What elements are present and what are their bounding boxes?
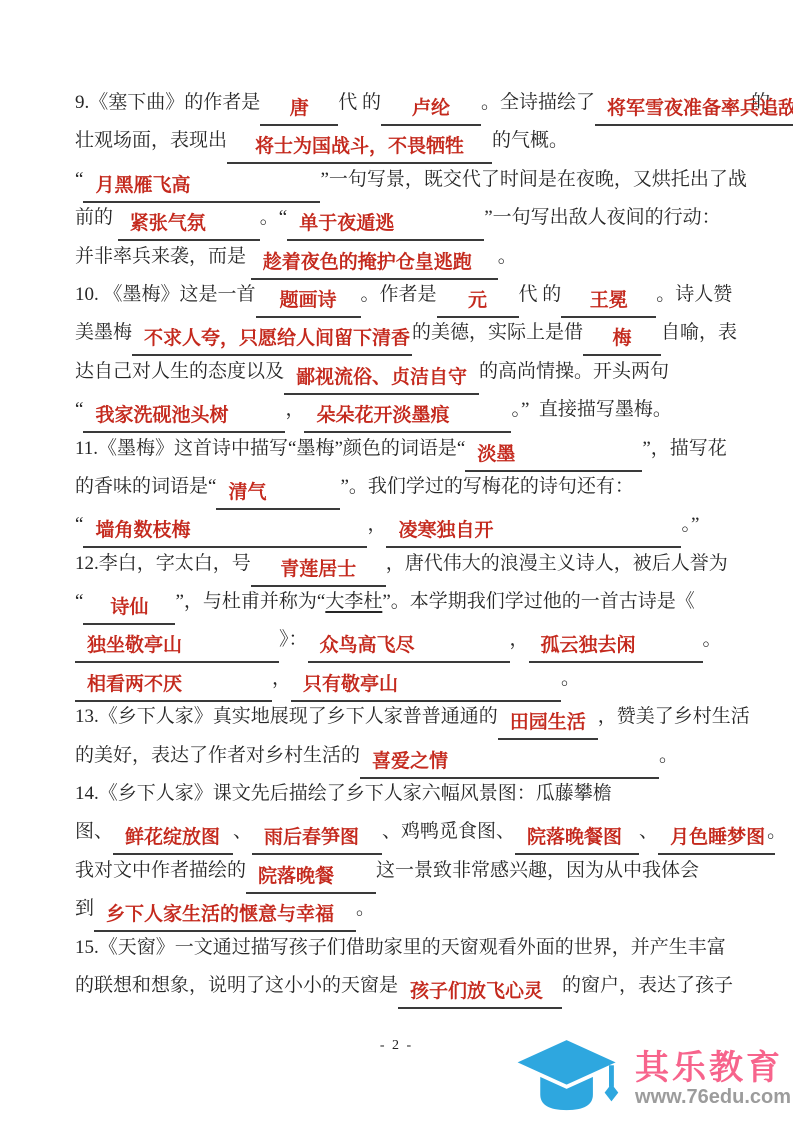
text-run: 并非率兵来袭，而是 xyxy=(75,246,251,267)
text-line: 独坐敬亭山》：众鸟高飞尽，孤云独去闲。 xyxy=(75,621,793,659)
text-run: “ xyxy=(75,514,83,535)
answer-blank: 院落晚餐图 xyxy=(515,823,639,855)
text-run: ， xyxy=(510,629,529,650)
text-run: ，唐代伟大的浪漫主义诗人，被后人誉为 xyxy=(386,553,728,574)
brand-url: www.76edu.com xyxy=(635,1087,791,1107)
text-run: 。 xyxy=(498,246,517,267)
text-run: 15.《天窗》一文通过描写孩子们借助家里的天窗观看外面的世界，并产生丰富 xyxy=(75,937,726,958)
text-run: ”一句写出敌人夜间的行动： xyxy=(484,207,720,228)
text-run: 、 xyxy=(639,821,658,842)
text-line: 11.《墨梅》这首诗中描写“墨梅”颜色的词语是“淡墨”，描写花 xyxy=(75,430,793,468)
answer-blank: 只有敬亭山 xyxy=(291,670,561,702)
text-run: 的窗户，表达了孩子 xyxy=(562,975,733,996)
text-run: 。作者是 xyxy=(361,284,437,305)
worksheet-item: 12.李白，字太白，号青莲居士，唐代伟大的浪漫主义诗人，被后人誉为“诗仙”，与杜… xyxy=(75,545,793,699)
text-run: 到 xyxy=(75,898,94,919)
text-run: 。 xyxy=(703,629,722,650)
text-run: 9.《塞下曲》的作者是 xyxy=(75,92,260,113)
answer-blank: 田园生活 xyxy=(498,708,598,740)
text-line: “月黑雁飞高”一句写景，既交代了时间是在夜晚，又烘托出了战 xyxy=(75,161,793,199)
worksheet-content: 9.《塞下曲》的作者是唐代 的卢纶。全诗描绘了将军雪夜准备率兵追敌的壮观场面，表… xyxy=(75,84,793,1005)
worksheet-item: 14.《乡下人家》课文先后描绘了乡下人家六幅风景图：瓜藤攀檐图、鲜花绽放图、雨后… xyxy=(75,775,793,929)
answer-blank: 院落晚餐 xyxy=(246,862,376,894)
text-run: 14.《乡下人家》课文先后描绘了乡下人家六幅风景图：瓜藤攀檐 xyxy=(75,783,612,804)
answer-blank: 凌寒独自开 xyxy=(386,516,681,548)
answer-blank: 不求人夸，只愿给人间留下清香 xyxy=(132,324,412,356)
text-line: 我对文中作者描绘的院落晚餐这一景致非常感兴趣，因为从中我体会 xyxy=(75,852,793,890)
text-run: ”。我们学过的写梅花的诗句还有： xyxy=(340,476,633,497)
text-run: ”，与杜甫并称为“ xyxy=(175,591,325,612)
text-run: ， xyxy=(285,399,304,420)
answer-blank: 乡下人家生活的惬意与幸福 xyxy=(94,900,356,932)
text-line: 美墨梅不求人夸，只愿给人间留下清香的美德，实际上是借梅自喻，表 xyxy=(75,314,793,352)
answer-blank: 鄙视流俗、贞洁自守 xyxy=(284,363,479,395)
text-run: 图、 xyxy=(75,821,113,842)
answer-blank: 将士为国战斗，不畏牺牲 xyxy=(227,132,492,164)
answer-blank: 清气 xyxy=(216,478,340,510)
answer-blank: 将军雪夜准备率兵追敌 xyxy=(595,94,793,126)
text-run: 的香味的词语是“ xyxy=(75,476,216,497)
text-run: 达自己对人生的态度以及 xyxy=(75,361,284,382)
worksheet-item: 10. 《墨梅》这是一首题画诗。作者是元代 的王冕。诗人赞美墨梅不求人夸，只愿给… xyxy=(75,276,793,430)
text-line: 12.李白，字太白，号青莲居士，唐代伟大的浪漫主义诗人，被后人誉为 xyxy=(75,545,793,583)
answer-blank: 紧张气氛 xyxy=(118,209,260,241)
worksheet-item: 13.《乡下人家》真实地展现了乡下人家普普通通的田园生活，赞美了乡村生活的美好，… xyxy=(75,698,793,775)
worksheet-page: 9.《塞下曲》的作者是唐代 的卢纶。全诗描绘了将军雪夜准备率兵追敌的壮观场面，表… xyxy=(0,0,793,1122)
answer-blank: 孤云独去闲 xyxy=(529,631,703,663)
text-line: 到乡下人家生活的惬意与幸福。 xyxy=(75,890,793,928)
text-line: 达自己对人生的态度以及鄙视流俗、贞洁自守的高尚情操。开头两句 xyxy=(75,353,793,391)
answer-blank: 众鸟高飞尽 xyxy=(308,631,510,663)
text-line: 并非率兵来袭，而是 趁着夜色的掩护仓皇逃跑。 xyxy=(75,238,793,276)
text-line: “诗仙”，与杜甫并称为“大李杜”。本学期我们学过他的一首古诗是《 xyxy=(75,583,793,621)
text-line: “墙角数枝梅，凌寒独自开。” xyxy=(75,506,793,544)
answer-blank: 趁着夜色的掩护仓皇逃跑 xyxy=(251,248,498,280)
answer-blank: 喜爱之情 xyxy=(360,747,659,779)
answer-blank: 我家洗砚池头树 xyxy=(83,401,285,433)
text-line: 的美好，表达了作者对乡村生活的喜爱之情。 xyxy=(75,737,793,775)
answer-blank: 月色睡梦图 xyxy=(658,823,775,855)
text-line: 10. 《墨梅》这是一首题画诗。作者是元代 的王冕。诗人赞 xyxy=(75,276,793,314)
text-line: 14.《乡下人家》课文先后描绘了乡下人家六幅风景图：瓜藤攀檐 xyxy=(75,775,793,813)
text-run: 的气概。 xyxy=(492,130,568,151)
text-run: “ xyxy=(75,399,83,420)
text-run: 10. 《墨梅》这是一首 xyxy=(75,284,256,305)
text-line: 的香味的词语是“清气”。我们学过的写梅花的诗句还有： xyxy=(75,468,793,506)
text-line: 9.《塞下曲》的作者是唐代 的卢纶。全诗描绘了将军雪夜准备率兵追敌的 xyxy=(75,84,793,122)
text-run: 自喻，表 xyxy=(661,322,737,343)
text-run: ”，描写花 xyxy=(642,438,726,459)
answer-blank: 墙角数枝梅 xyxy=(83,516,367,548)
text-run: 的美好，表达了作者对乡村生活的 xyxy=(75,745,360,766)
answer-blank: 相看两不厌 xyxy=(75,670,272,702)
answer-blank: 孩子们放飞心灵 xyxy=(398,977,562,1009)
site-logo: 其乐教育 www.76edu.com xyxy=(511,1035,791,1122)
text-run: 。 xyxy=(561,668,580,689)
answer-blank: 雨后春笋图 xyxy=(252,823,382,855)
logo-text: 其乐教育 www.76edu.com xyxy=(635,1051,791,1107)
answer-blank: 题画诗 xyxy=(256,286,361,318)
answer-blank: 梅 xyxy=(583,324,661,356)
answer-blank: 月黑雁飞高 xyxy=(83,171,320,203)
text-run: ， xyxy=(272,668,291,689)
text-run: ，赞美了乡村生活 xyxy=(598,706,750,727)
graduation-cap-icon xyxy=(511,1035,629,1122)
text-run: ， xyxy=(367,514,386,535)
text-run: 。 xyxy=(356,898,375,919)
text-run: 。诗人赞 xyxy=(656,284,732,305)
text-line: 的联想和想象，说明了这小小的天窗是孩子们放飞心灵的窗户，表达了孩子 xyxy=(75,967,793,1005)
answer-blank: 鲜花绽放图 xyxy=(113,823,233,855)
worksheet-item: 9.《塞下曲》的作者是唐代 的卢纶。全诗描绘了将军雪夜准备率兵追敌的壮观场面，表… xyxy=(75,84,793,276)
answer-blank: 淡墨 xyxy=(465,440,642,472)
text-run: 代 的 xyxy=(338,92,381,113)
text-run: “ xyxy=(75,591,83,612)
text-run: 。“ xyxy=(260,207,287,228)
text-run: 》： xyxy=(279,629,308,650)
text-run: ”一句写景，既交代了时间是在夜晚，又烘托出了战 xyxy=(320,169,746,190)
answer-blank: 独坐敬亭山 xyxy=(75,631,279,663)
text-run: 美墨梅 xyxy=(75,322,132,343)
underlined-term: 大李杜 xyxy=(325,591,382,612)
answer-blank: 青莲居士 xyxy=(251,555,386,587)
text-line: 前的 紧张气氛。“单于夜遁逃”一句写出敌人夜间的行动： xyxy=(75,199,793,237)
text-line: 相看两不厌，只有敬亭山。 xyxy=(75,660,793,698)
text-run: 我对文中作者描绘的 xyxy=(75,860,246,881)
worksheet-item: 11.《墨梅》这首诗中描写“墨梅”颜色的词语是“淡墨”，描写花的香味的词语是“清… xyxy=(75,430,793,545)
answer-blank: 卢纶 xyxy=(381,94,481,126)
text-line: 15.《天窗》一文通过描写孩子们借助家里的天窗观看外面的世界，并产生丰富 xyxy=(75,929,793,967)
text-run: 。 xyxy=(659,745,678,766)
brand-name: 其乐教育 xyxy=(635,1051,791,1085)
text-run: 11.《墨梅》这首诗中描写“墨梅”颜色的词语是“ xyxy=(75,438,465,459)
text-run: 、 xyxy=(233,821,252,842)
text-run: ”。本学期我们学过他的一首古诗是《 xyxy=(382,591,694,612)
text-run: 的高尚情操。开头两句 xyxy=(479,361,669,382)
text-run: 代 的 xyxy=(519,284,562,305)
text-run: 12.李白，字太白，号 xyxy=(75,553,251,574)
text-run: “ xyxy=(75,169,83,190)
text-line: “我家洗砚池头树，朵朵花开淡墨痕。” 直接描写墨梅。 xyxy=(75,391,793,429)
text-run: 。” xyxy=(681,514,699,535)
answer-blank: 元 xyxy=(437,286,519,318)
text-run: 前的 xyxy=(75,207,118,228)
answer-blank: 朵朵花开淡墨痕 xyxy=(304,401,511,433)
text-line: 图、鲜花绽放图、雨后春笋图、鸡鸭觅食图、院落晚餐图、月色睡梦图。 xyxy=(75,813,793,851)
answer-blank: 王冕 xyxy=(561,286,656,318)
text-run: 壮观场面，表现出 xyxy=(75,130,227,151)
text-line: 壮观场面，表现出将士为国战斗，不畏牺牲的气概。 xyxy=(75,122,793,160)
text-run: 。” 直接描写墨梅。 xyxy=(511,399,671,420)
text-run: 的美德，实际上是借 xyxy=(412,322,583,343)
answer-blank: 唐 xyxy=(260,94,338,126)
answer-blank: 诗仙 xyxy=(83,593,175,625)
answer-blank: 单于夜遁逃 xyxy=(287,209,484,241)
text-run: 这一景致非常感兴趣，因为从中我体会 xyxy=(376,860,699,881)
text-run: 的联想和想象，说明了这小小的天窗是 xyxy=(75,975,398,996)
text-run: 、鸡鸭觅食图、 xyxy=(382,821,515,842)
text-line: 13.《乡下人家》真实地展现了乡下人家普普通通的田园生活，赞美了乡村生活 xyxy=(75,698,793,736)
text-run: 。全诗描绘了 xyxy=(481,92,595,113)
text-run: 13.《乡下人家》真实地展现了乡下人家普普通通的 xyxy=(75,706,498,727)
worksheet-item: 15.《天窗》一文通过描写孩子们借助家里的天窗观看外面的世界，并产生丰富的联想和… xyxy=(75,929,793,1006)
